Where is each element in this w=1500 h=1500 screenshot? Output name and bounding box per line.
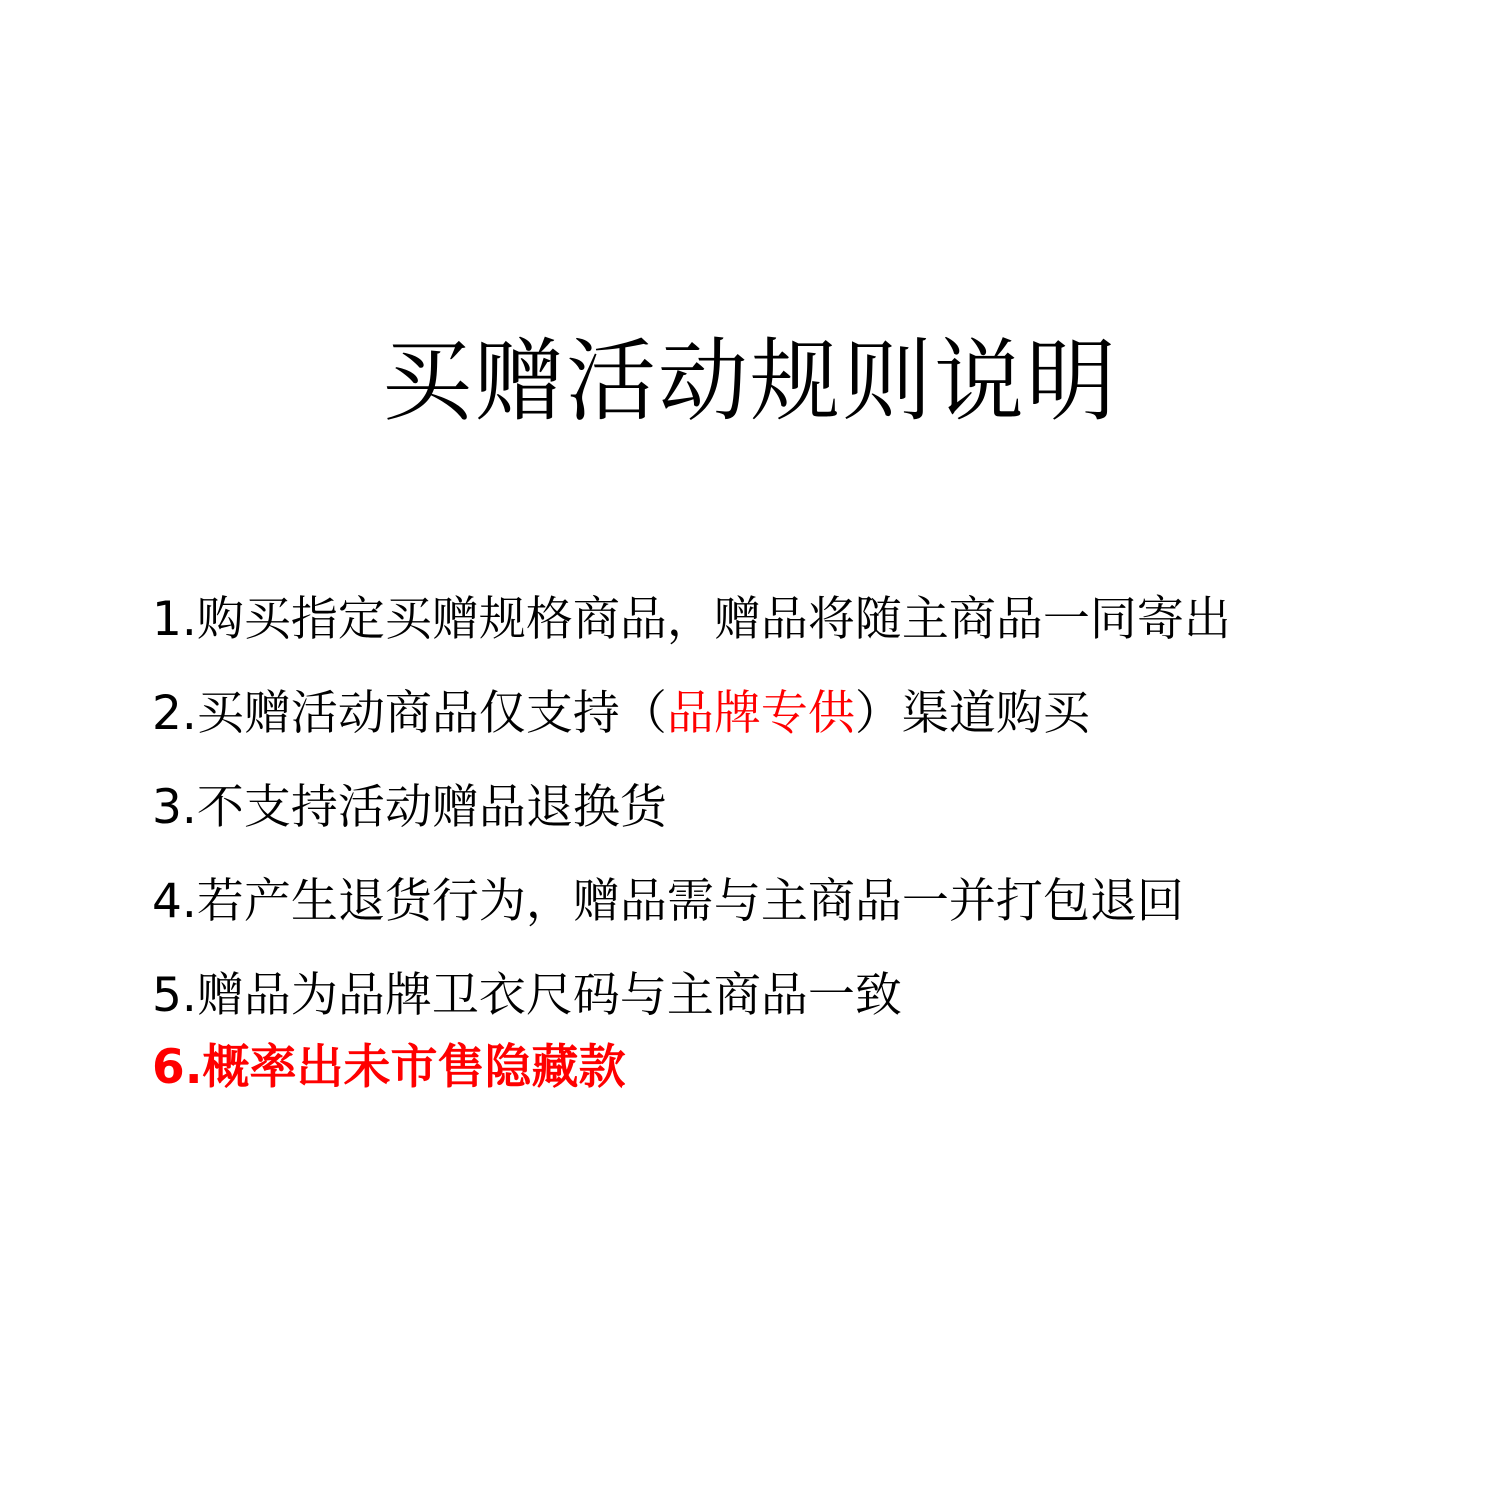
rule-item-6-hidden-edition: 6.概率出未市售隐藏款 <box>152 1030 1231 1124</box>
rules-list: 1.购买指定买赠规格商品，赠品将随主商品一同寄出 2.买赠活动商品仅支持（品牌专… <box>152 582 1231 1124</box>
rule-2-suffix: ）渠道购买 <box>855 686 1090 741</box>
brand-exclusive-highlight: 品牌专供 <box>667 686 855 741</box>
rule-2-prefix: 2.买赠活动商品仅支持（ <box>152 686 667 741</box>
rule-item-5: 5.赠品为品牌卫衣尺码与主商品一致 <box>152 958 1231 1030</box>
page-title: 买赠活动规则说明 <box>0 322 1500 442</box>
rule-item-1: 1.购买指定买赠规格商品，赠品将随主商品一同寄出 <box>152 582 1231 676</box>
rule-item-3: 3.不支持活动赠品退换货 <box>152 770 1231 864</box>
rule-item-2: 2.买赠活动商品仅支持（品牌专供）渠道购买 <box>152 676 1231 770</box>
rule-item-4: 4.若产生退货行为，赠品需与主商品一并打包退回 <box>152 864 1231 958</box>
